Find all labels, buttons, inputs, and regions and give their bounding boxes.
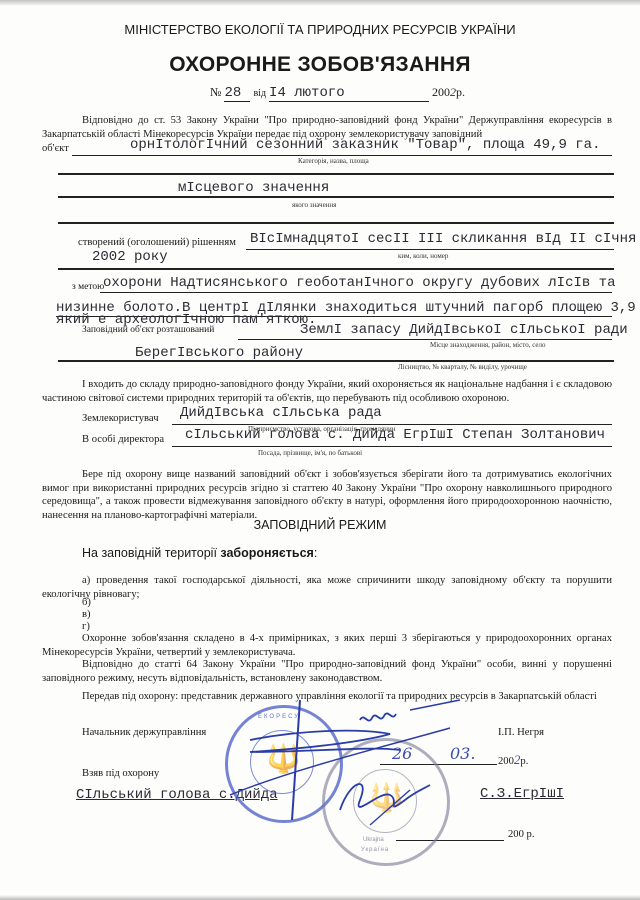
regime-forbidden: забороняється <box>220 546 313 560</box>
scan-shadow-bottom <box>0 895 640 900</box>
director-label: В особі директора <box>82 434 164 445</box>
land-user-label: Землекористувач <box>82 413 159 424</box>
divider-line <box>58 173 614 175</box>
purpose-label: з метою <box>72 282 104 292</box>
document-title: ОХОРОННЕ ЗОБОВ'ЯЗАННЯ <box>0 53 640 77</box>
director-value: сІльський голова с. Дийда ЕгрІшІ Степан … <box>185 427 605 443</box>
document-number-line: № 28 від І4 лютого 2002р. <box>210 85 465 102</box>
regime-item-b: б) <box>82 597 91 609</box>
signature-acceptor <box>330 770 450 840</box>
director-caption: Посада, прізвище, ім'я, по батькові <box>258 449 362 457</box>
obligation-paragraph: Бере під охорону вище названий заповідни… <box>42 468 612 522</box>
acceptance-label: Взяв під охорону <box>82 768 159 779</box>
location-line2: БерегІвського району <box>135 345 303 361</box>
copies-paragraph: Охоронне зобов'язання складено в 4-х при… <box>42 632 612 659</box>
object-value: орнІтологІчний сезонний заказник "Товар"… <box>130 137 600 153</box>
ministry-header: МІНІСТЕРСТВО ЕКОЛОГІЇ ТА ПРИРОДНИХ РЕСУР… <box>0 22 640 37</box>
fund-paragraph: І входить до складу природно-заповідного… <box>42 378 612 405</box>
significance-underline <box>58 196 614 198</box>
location-label: Заповідний об'єкт розташований <box>82 325 214 335</box>
divider-line <box>58 268 614 270</box>
regime-item-a: а) проведення такої господарської діяльн… <box>42 574 612 601</box>
head-label: Начальник держуправління <box>82 727 206 738</box>
location-caption-1: Місце знаходження, район, місто, село <box>430 341 546 349</box>
decision-underline <box>246 249 614 250</box>
year-printed: 200 <box>498 756 514 767</box>
director-underline <box>172 446 612 447</box>
regime-intro-text: На заповідній території <box>82 546 220 560</box>
head-name: І.П. Негря <box>498 727 544 738</box>
purpose-underline-1 <box>100 292 612 293</box>
land-user-value: ДийдІвська сІльська рада <box>180 405 382 421</box>
location-underline-1 <box>238 339 612 340</box>
regime-intro: На заповідній території забороняється: <box>82 546 317 560</box>
year-suffix: р. <box>456 85 465 99</box>
regime-heading: ЗАПОВІДНИЙ РЕЖИМ <box>0 518 640 532</box>
regime-item-v: в) <box>82 609 91 621</box>
location-underline-2 <box>58 360 614 362</box>
location-caption-2: Лісництво, № кварталу, № виділу, урочище <box>398 363 527 371</box>
decision-caption: ким, коли, номер <box>398 252 448 260</box>
object-caption: Категорія, назва, площа <box>298 157 369 165</box>
liability-paragraph: Відповідно до статті 64 Закону України "… <box>42 658 612 685</box>
significance-value: мІсцевого значення <box>178 180 329 196</box>
decision-label: створений (оголошений) рішенням <box>78 237 236 248</box>
document-page: МІНІСТЕРСТВО ЕКОЛОГІЇ ТА ПРИРОДНИХ РЕСУР… <box>0 0 640 900</box>
number-prefix: № <box>210 85 221 99</box>
stamp-text: Україна <box>361 847 389 853</box>
regime-intro-end: : <box>314 546 317 560</box>
date-prefix: від <box>253 88 266 99</box>
document-date: І4 лютого <box>269 85 429 102</box>
divider-line <box>58 222 614 224</box>
decision-value-line2: 2002 року <box>92 249 168 265</box>
object-underline <box>72 155 612 156</box>
decision-value-line1: ВІсІмнадцятоІ сесІІ ІІІ скликання вІд ІІ… <box>250 231 636 247</box>
year-suffix: р. <box>520 756 528 767</box>
scan-shadow-top <box>0 0 640 6</box>
location-line1: ЗемлІ запасу ДийдІвськоІ сІльськоІ ради <box>300 322 628 338</box>
purpose-line1: охорони Надтисянського геоботанІчного ок… <box>103 275 615 291</box>
object-label: об'єкт <box>42 143 69 154</box>
handover-date-year: 2002р. <box>498 752 528 768</box>
significance-caption: якого значення <box>292 201 336 209</box>
acceptance-name: С.З.ЕгрІшІ <box>480 786 564 802</box>
acceptance-date: 200 р. <box>508 829 534 840</box>
document-number: 28 <box>224 85 250 102</box>
year-printed: 200 <box>432 85 450 99</box>
